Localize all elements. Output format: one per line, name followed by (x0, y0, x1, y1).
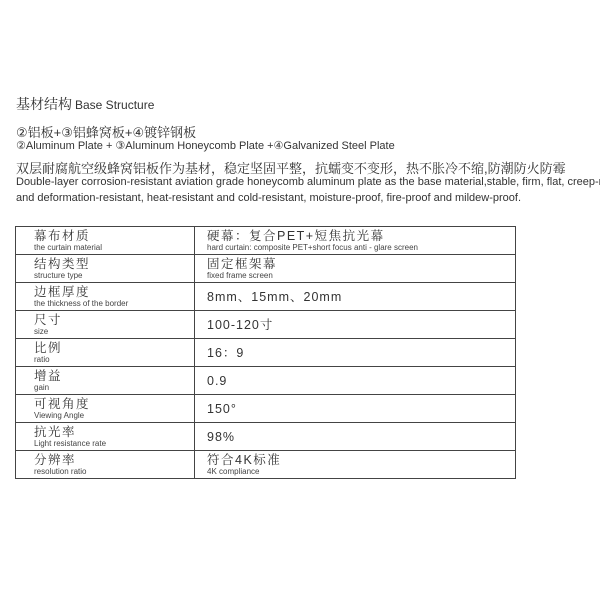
spec-key: 比例ratio (16, 339, 195, 367)
table-row: 抗光率Light resistance rate 98% (16, 423, 516, 451)
spec-key: 增益gain (16, 367, 195, 395)
spec-value: 8mm、15mm、20mm (195, 283, 516, 311)
table-row: 可视角度Viewing Angle 150° (16, 395, 516, 423)
section-title-en: Base Structure (75, 98, 154, 112)
table-row: 边框厚度the thickness of the border 8mm、15mm… (16, 283, 516, 311)
table-row: 幕布材质the curtain material 硬幕：复合PET+短焦抗光幕h… (16, 227, 516, 255)
spec-key: 抗光率Light resistance rate (16, 423, 195, 451)
spec-key: 边框厚度the thickness of the border (16, 283, 195, 311)
spec-value: 符合4K标准4K compliance (195, 451, 516, 479)
spec-key: 结构类型structure type (16, 255, 195, 283)
spec-value: 100-120寸 (195, 311, 516, 339)
spec-key: 幕布材质the curtain material (16, 227, 195, 255)
table-row: 增益gain 0.9 (16, 367, 516, 395)
spec-value: 固定框架幕fixed frame screen (195, 255, 516, 283)
section-title: 基材结构Base Structure (16, 94, 154, 114)
table-row: 尺寸size 100-120寸 (16, 311, 516, 339)
composition-en: ②Aluminum Plate + ③Aluminum Honeycomb Pl… (16, 139, 395, 152)
spec-table: 幕布材质the curtain material 硬幕：复合PET+短焦抗光幕h… (15, 226, 516, 479)
description-en-line1: Double-layer corrosion-resistant aviatio… (16, 176, 600, 188)
spec-key: 尺寸size (16, 311, 195, 339)
spec-value: 0.9 (195, 367, 516, 395)
spec-value: 硬幕：复合PET+短焦抗光幕hard curtain: composite PE… (195, 227, 516, 255)
table-row: 比例ratio 16：9 (16, 339, 516, 367)
spec-key: 可视角度Viewing Angle (16, 395, 195, 423)
table-row: 分辨率resolution ratio 符合4K标准4K compliance (16, 451, 516, 479)
table-row: 结构类型structure type 固定框架幕fixed frame scre… (16, 255, 516, 283)
spec-key: 分辨率resolution ratio (16, 451, 195, 479)
spec-value: 98% (195, 423, 516, 451)
spec-value: 150° (195, 395, 516, 423)
section-title-zh: 基材结构 (16, 96, 72, 112)
description-zh: 双层耐腐航空级蜂窝铝板作为基材，稳定坚固平整，抗蠕变不变形，热不胀冷不缩,防潮防… (16, 158, 566, 177)
description-en-line2: and deformation-resistant, heat-resistan… (16, 192, 521, 204)
spec-value: 16：9 (195, 339, 516, 367)
